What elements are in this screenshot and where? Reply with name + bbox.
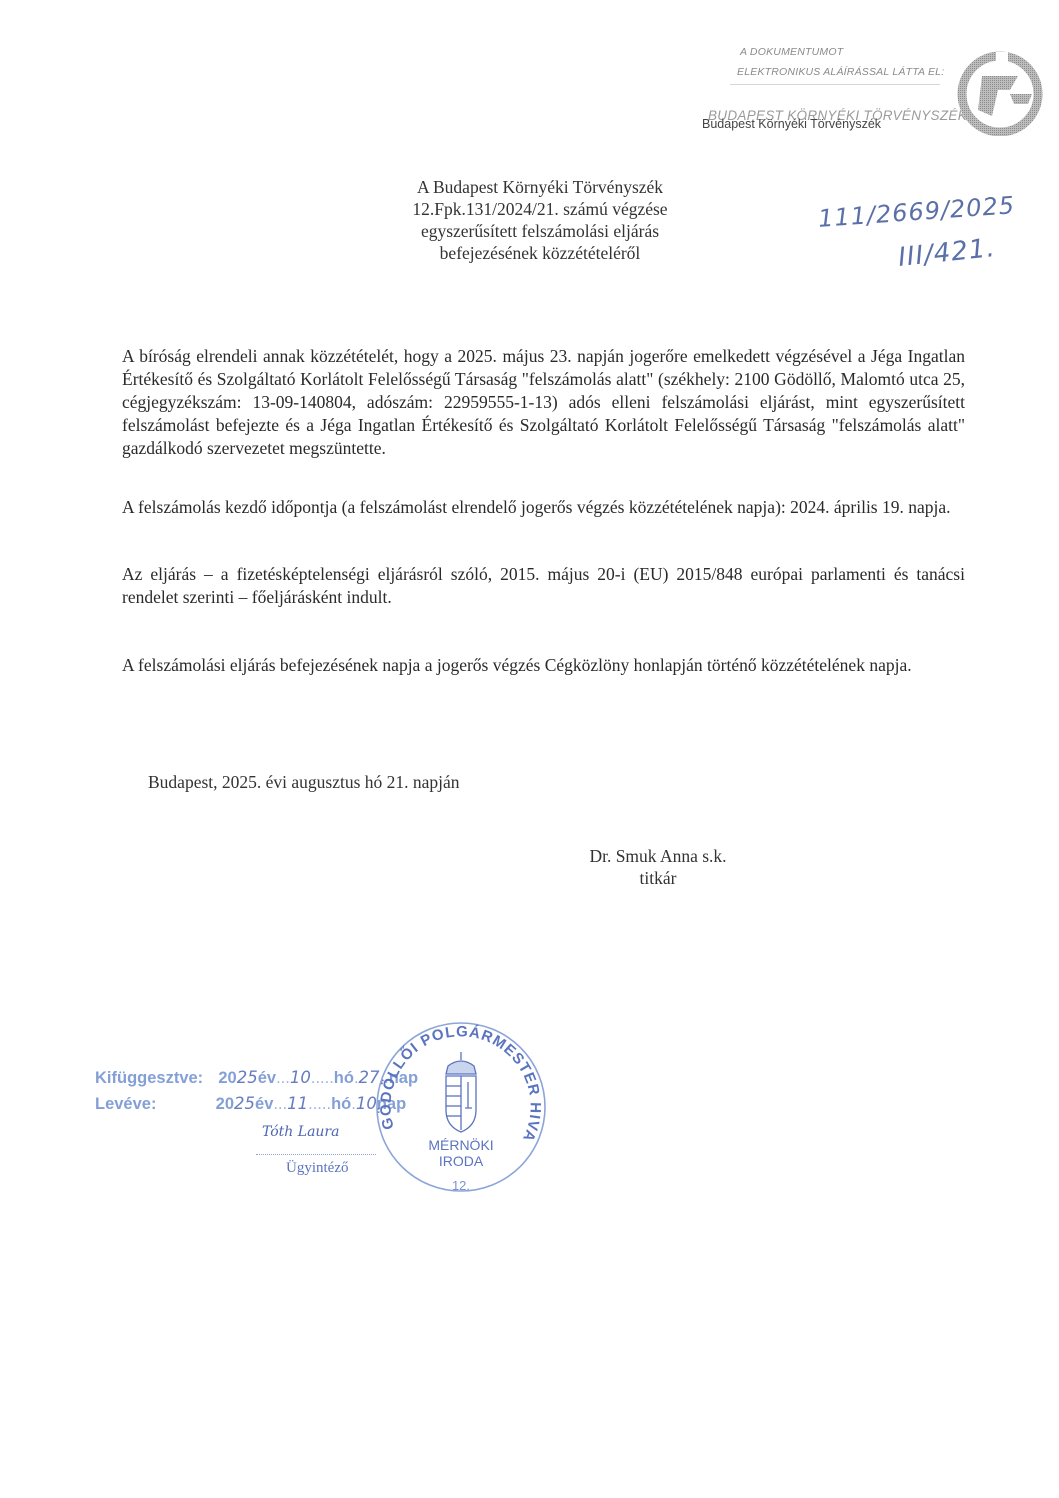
hungarian-coat-of-arms-icon [446,1052,476,1132]
posted-row: Kifüggesztve: 2025év...10.....hó.27..nap [95,1068,418,1088]
stamp-number: 12. [452,1178,470,1193]
esig-divider [730,84,940,85]
esig-line-1: A DOKUMENTUMOT [740,46,843,58]
paragraph-main-proceeding: Az eljárás – a fizetésképtelenségi eljár… [122,563,965,609]
stamp-ring-text: GÖDÖLLŐI POLGÁRMESTER HIVATAL [372,1018,544,1144]
title-line-1: A Budapest Környéki Törvényszék [360,176,720,198]
posted-month-word: hó [334,1069,354,1087]
stamp-center-line-2: IRODA [439,1153,484,1169]
removed-row: Levéve: 2025év...11.....hó.10nap [95,1094,406,1114]
clerk-signature: Tóth Laura [262,1124,339,1140]
svg-text:GÖDÖLLŐI POLGÁRMESTER HIVATAL: GÖDÖLLŐI POLGÁRMESTER HIVATAL [372,1018,544,1144]
removed-year-word: év [255,1095,273,1113]
title-line-3: egyszerűsített felszámolási eljárás [360,220,720,242]
removed-label: Levéve: [95,1095,156,1113]
posted-month: 10 [290,1068,311,1087]
removed-month: 11 [287,1094,308,1113]
handwritten-sub-number: III/421. [897,233,997,273]
court-logo-icon [952,50,1052,136]
document-title: A Budapest Környéki Törvényszék 12.Fpk.1… [360,176,720,264]
removed-year: 25 [234,1094,255,1113]
electronic-signature-block: A DOKUMENTUMOT ELEKTRONIKUS ALÁÍRÁSSAL L… [700,40,1059,140]
clerk-signature-line [256,1154,376,1155]
title-line-4: befejezésének közzétételéről [360,242,720,264]
signer-block: Dr. Smuk Anna s.k. titkár [568,845,748,889]
signer-title: titkár [568,867,748,889]
esig-line-2: ELEKTRONIKUS ALÁÍRÁSSAL LÁTTA EL: [737,66,944,78]
posted-year: 25 [237,1068,258,1087]
clerk-label: Ügyintéző [286,1160,348,1177]
office-round-stamp: GÖDÖLLŐI POLGÁRMESTER HIVATAL MÉRNÖKI IR… [372,1018,550,1196]
esig-court-plain: Budapest Környéki Törvényszék [702,117,881,131]
removed-year-prefix: 20 [216,1095,234,1113]
place-and-date: Budapest, 2025. évi augusztus hó 21. nap… [148,772,460,793]
signer-name: Dr. Smuk Anna s.k. [568,845,748,867]
paragraph-start-date: A felszámolás kezdő időpontja (a felszám… [122,496,965,519]
handwritten-registration-number: 111/2669/2025 [817,191,1016,233]
posted-year-word: év [258,1069,276,1087]
title-line-2: 12.Fpk.131/2024/21. számú végzése [360,198,720,220]
removed-month-word: hó [331,1095,351,1113]
stamp-center-line-1: MÉRNÖKI [428,1136,493,1153]
posted-label: Kifüggesztve: [95,1069,203,1087]
posted-year-prefix: 20 [218,1069,236,1087]
paragraph-closing-date: A felszámolási eljárás befejezésének nap… [122,654,965,677]
paragraph-order: A bíróság elrendeli annak közzétételét, … [122,345,965,460]
